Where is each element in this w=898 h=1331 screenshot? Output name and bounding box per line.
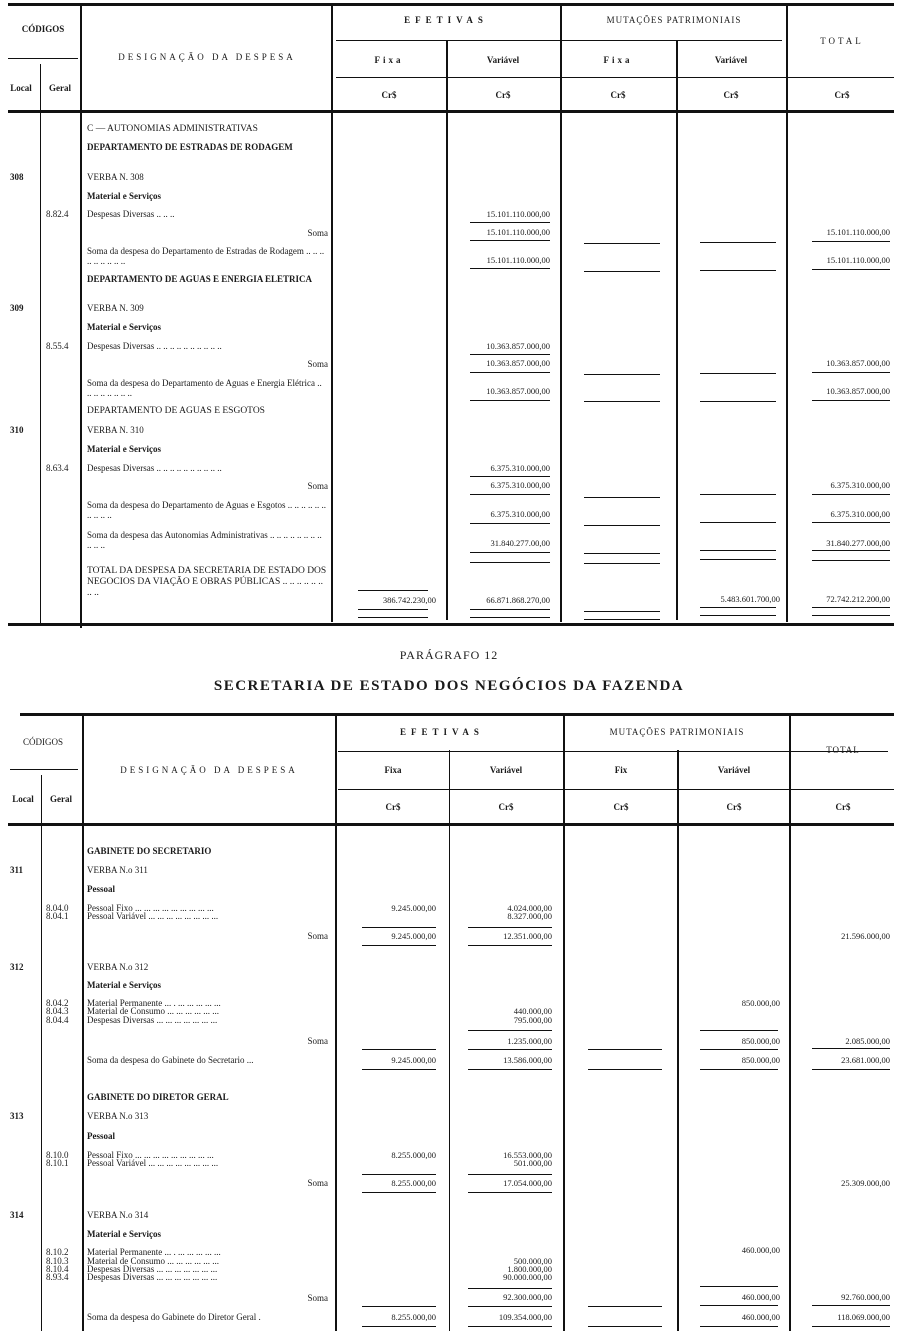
geral-code: 8.10.1 <box>46 1158 69 1168</box>
verba-label: VERBA N. 308 <box>87 172 327 182</box>
mut-var-value: 460.000,00 <box>676 1245 780 1255</box>
ef-var-value: 13.586.000,00 <box>452 1055 552 1065</box>
underline <box>700 1030 778 1031</box>
verba-label: VERBA N.o 311 <box>87 865 327 875</box>
ef-var-value: 109.354.000,00 <box>452 1312 552 1322</box>
divider <box>336 40 782 41</box>
department-heading: DEPARTAMENTO DE ESTRADAS DE RODAGEM <box>87 142 327 152</box>
soma-label: Soma <box>268 228 328 238</box>
underline <box>470 222 550 223</box>
underline <box>362 1069 436 1070</box>
header-mutacoes: MUTAÇÕES PATRIMONIAIS <box>564 15 784 25</box>
underline <box>470 240 550 241</box>
underline <box>584 401 660 402</box>
divider <box>449 750 450 1331</box>
underline <box>468 1288 552 1289</box>
mut-var-value: 850.000,00 <box>676 998 780 1008</box>
category-label: Material e Serviços <box>87 1229 327 1239</box>
underline <box>812 269 890 270</box>
local-code: 310 <box>10 425 24 435</box>
underline <box>362 1174 436 1175</box>
header-currency: Cr$ <box>566 802 676 812</box>
header-mut-fixa: Fixa <box>562 55 674 65</box>
grand-total-desc: TOTAL DA DESPESA DA SECRETARIA DE ESTADO… <box>87 566 327 599</box>
underline <box>468 1174 552 1175</box>
ef-fixa-value: 8.255.000,00 <box>336 1312 436 1322</box>
local-code: 314 <box>10 1210 24 1220</box>
underline <box>470 354 550 355</box>
underline <box>584 563 660 564</box>
ef-var-value: 15.101.110.000,00 <box>450 209 550 219</box>
verba-label: VERBA N. 310 <box>87 425 327 435</box>
divider <box>10 769 78 770</box>
ef-var-value: 15.101.110.000,00 <box>450 255 550 265</box>
soma-label: Soma <box>268 1178 328 1188</box>
underline <box>584 374 660 375</box>
divider <box>41 775 42 1331</box>
local-code: 308 <box>10 172 24 182</box>
ef-var-value: 92.300.000,00 <box>452 1292 552 1302</box>
item-desc: Despesas Diversas .. .. .. <box>87 209 327 219</box>
underline <box>700 242 776 243</box>
header-total: TOTAL <box>792 745 894 755</box>
header-ef-fixa: Fixa <box>334 55 444 65</box>
ef-var-value: 6.375.310.000,00 <box>450 509 550 519</box>
header-codigos: CÓDIGOS <box>10 24 76 34</box>
subtotal-desc: Soma da despesa do Departamento de Aguas… <box>87 500 327 520</box>
underline <box>588 1049 662 1050</box>
ef-fixa-value: 386.742.230,00 <box>336 595 436 605</box>
soma-label: Soma <box>268 1293 328 1303</box>
ef-fixa-value: 8.255.000,00 <box>336 1150 436 1160</box>
underline <box>584 619 660 620</box>
subtotal-desc: Soma da despesa das Autonomias Administr… <box>87 530 327 550</box>
underline <box>812 1069 890 1070</box>
header-efetivas: EFETIVAS <box>336 15 556 25</box>
header-mut-variavel: Variável <box>680 765 788 775</box>
department-heading: DEPARTAMENTO DE AGUAS E ESGOTOS <box>87 406 327 416</box>
total-value: 118.069.000,00 <box>790 1312 890 1322</box>
underline <box>470 372 550 373</box>
total-value: 23.681.000,00 <box>790 1055 890 1065</box>
underline <box>468 1326 552 1327</box>
verba-label: VERBA N. 309 <box>87 303 327 313</box>
ef-var-value: 15.101.110.000,00 <box>450 227 550 237</box>
divider <box>676 40 678 620</box>
ef-var-value: 10.363.857.000,00 <box>450 386 550 396</box>
underline <box>812 1326 890 1327</box>
category-label: Material e Serviços <box>87 980 327 990</box>
mut-var-value: 460.000,00 <box>676 1292 780 1302</box>
ef-var-value: 10.363.857.000,00 <box>450 358 550 368</box>
divider <box>786 6 788 622</box>
header-mut-variavel: Variável <box>678 55 784 65</box>
header-currency: Cr$ <box>678 90 784 100</box>
geral-code: 8.93.4 <box>46 1272 69 1282</box>
total-value: 21.596.000,00 <box>790 931 890 941</box>
total-value: 15.101.110.000,00 <box>790 227 890 237</box>
verba-label: VERBA N.o 312 <box>87 962 327 972</box>
underline <box>362 1192 436 1193</box>
underline <box>358 590 428 591</box>
underline <box>700 1286 778 1287</box>
underline <box>468 927 552 928</box>
total-value: 6.375.310.000,00 <box>790 480 890 490</box>
header-designacao: DESIGNAÇÃO DA DESPESA <box>86 765 332 775</box>
divider <box>82 716 84 1331</box>
header-ef-variavel: Variável <box>448 55 558 65</box>
ef-fixa-value: 9.245.000,00 <box>336 1055 436 1065</box>
underline <box>470 476 550 477</box>
underline <box>470 617 550 618</box>
underline <box>584 525 660 526</box>
mut-var-value: 850.000,00 <box>676 1055 780 1065</box>
verba-label: VERBA N.o 314 <box>87 1210 327 1220</box>
underline <box>470 562 550 563</box>
underline <box>812 615 890 616</box>
ef-var-value: 1.235.000,00 <box>452 1036 552 1046</box>
total-value: 92.760.000,00 <box>790 1292 890 1302</box>
item-desc: Pessoal Variável ... ... ... ... ... ...… <box>87 1158 327 1168</box>
divider <box>80 6 82 628</box>
underline <box>700 373 776 374</box>
ef-var-value: 90.000.000,00 <box>452 1272 552 1282</box>
header-currency: Cr$ <box>562 90 674 100</box>
subtotal-desc: Soma da despesa do Departamento de Estra… <box>87 246 327 266</box>
header-bottom-border <box>8 823 894 826</box>
category-label: Material e Serviços <box>87 322 327 332</box>
soma-label: Soma <box>268 359 328 369</box>
underline <box>812 372 890 373</box>
underline <box>358 609 428 610</box>
category-label: Material e Serviços <box>87 444 327 454</box>
total-value: 72.742.212.200,00 <box>790 594 890 604</box>
ef-var-value: 6.375.310.000,00 <box>450 480 550 490</box>
geral-code: 8.55.4 <box>46 341 69 351</box>
category-label: Material e Serviços <box>87 191 327 201</box>
header-ef-fixa: Fixa <box>338 765 448 775</box>
underline <box>468 1192 552 1193</box>
header-designacao: DESIGNAÇÃO DA DESPESA <box>84 52 330 62</box>
soma-label: Soma <box>268 1036 328 1046</box>
divider <box>40 64 41 624</box>
underline <box>812 550 890 551</box>
divider <box>8 58 78 59</box>
section-title: SECRETARIA DE ESTADO DOS NEGÓCIOS DA FAZ… <box>0 678 898 695</box>
divider <box>563 716 565 1331</box>
divider <box>446 40 448 620</box>
header-currency: Cr$ <box>792 802 894 812</box>
total-value: 2.085.000,00 <box>790 1036 890 1046</box>
underline <box>362 927 436 928</box>
geral-code: 8.04.1 <box>46 911 69 921</box>
mut-var-value: 460.000,00 <box>676 1312 780 1322</box>
underline <box>362 1326 436 1327</box>
underline <box>700 1069 778 1070</box>
underline <box>700 1326 778 1327</box>
divider <box>335 716 337 1331</box>
ef-var-value: 17.054.000,00 <box>452 1178 552 1188</box>
underline <box>470 523 550 524</box>
divider <box>336 77 894 78</box>
header-local: Local <box>4 83 38 93</box>
underline <box>812 494 890 495</box>
underline <box>470 552 550 553</box>
category-label: Pessoal <box>87 1131 327 1141</box>
ef-var-value: 501.000,00 <box>452 1158 552 1168</box>
total-value: 25.309.000,00 <box>790 1178 890 1188</box>
underline <box>584 243 660 244</box>
underline <box>588 1069 662 1070</box>
ef-fixa-value: 9.245.000,00 <box>336 931 436 941</box>
header-geral: Geral <box>43 794 79 804</box>
geral-code: 8.63.4 <box>46 463 69 473</box>
underline <box>470 494 550 495</box>
header-mut-fixa: Fix <box>566 765 676 775</box>
header-currency: Cr$ <box>680 802 788 812</box>
total-value: 15.101.110.000,00 <box>790 255 890 265</box>
total-value: 31.840.277.000,00 <box>790 538 890 548</box>
department-heading: GABINETE DO SECRETARIO <box>87 846 327 856</box>
underline <box>470 400 550 401</box>
underline <box>700 270 776 271</box>
underline <box>468 1069 552 1070</box>
header-codigos: CÓDIGOS <box>10 737 76 747</box>
divider <box>338 789 894 790</box>
table1-top-border <box>8 3 894 6</box>
section-heading: C — AUTONOMIAS ADMINISTRATIVAS <box>87 124 327 134</box>
underline <box>358 617 428 618</box>
underline <box>700 401 776 402</box>
underline <box>588 1326 662 1327</box>
header-currency: Cr$ <box>334 90 444 100</box>
ef-var-value: 10.363.857.000,00 <box>450 341 550 351</box>
department-heading: DEPARTAMENTO DE AGUAS E ENERGIA ELETRICA <box>87 274 327 284</box>
underline <box>362 1049 436 1050</box>
ef-var-value: 66.871.868.270,00 <box>450 595 550 605</box>
geral-code: 8.82.4 <box>46 209 69 219</box>
header-total: TOTAL <box>790 36 894 46</box>
header-efetivas: EFETIVAS <box>400 727 560 737</box>
header-ef-variavel: Variável <box>451 765 561 775</box>
underline <box>812 400 890 401</box>
item-desc: Despesas Diversas ... ... ... ... ... ..… <box>87 1272 327 1282</box>
underline <box>468 1306 552 1307</box>
ef-var-value: 12.351.000,00 <box>452 931 552 941</box>
subtotal-desc: Soma da despesa do Gabinete do Secretari… <box>87 1055 327 1065</box>
local-code: 313 <box>10 1111 24 1121</box>
ef-var-value: 31.840.277.00,00 <box>450 538 550 548</box>
underline <box>812 607 890 608</box>
underline <box>700 522 776 523</box>
underline <box>812 560 890 561</box>
underline <box>468 945 552 946</box>
item-desc: Despesas Diversas ... ... ... ... ... ..… <box>87 1015 327 1025</box>
divider <box>789 716 791 1331</box>
total-value: 6.375.310.000,00 <box>790 509 890 519</box>
mut-var-value: 5.483.601.700,00 <box>676 594 780 604</box>
header-currency: Cr$ <box>790 90 894 100</box>
header-geral: Geral <box>42 83 78 93</box>
underline <box>588 1306 662 1307</box>
category-label: Pessoal <box>87 884 327 894</box>
underline <box>700 1049 778 1050</box>
underline <box>812 522 890 523</box>
total-value: 10.363.857.000,00 <box>790 386 890 396</box>
header-currency: Cr$ <box>448 90 558 100</box>
underline <box>584 497 660 498</box>
header-local: Local <box>6 794 40 804</box>
header-currency: Cr$ <box>451 802 561 812</box>
local-code: 309 <box>10 303 24 313</box>
underline <box>362 1306 436 1307</box>
paragraph-heading: PARÁGRAFO 12 <box>0 648 898 663</box>
underline <box>700 607 776 608</box>
underline <box>468 1049 552 1050</box>
department-heading: GABINETE DO DIRETOR GERAL <box>87 1092 327 1102</box>
soma-label: Soma <box>268 931 328 941</box>
subtotal-desc: Soma da despesa do Gabinete do Diretor G… <box>87 1312 327 1322</box>
mut-var-value: 850.000,00 <box>676 1036 780 1046</box>
underline <box>700 1305 778 1306</box>
header-mutacoes: MUTAÇÕES PATRIMONIAIS <box>566 727 788 737</box>
ef-var-value: 8.327.000,00 <box>452 911 552 921</box>
underline <box>812 241 890 242</box>
underline <box>468 1030 552 1031</box>
underline <box>812 1048 890 1049</box>
ef-var-value: 6.375.310.000,00 <box>450 463 550 473</box>
underline <box>584 553 660 554</box>
underline <box>362 945 436 946</box>
item-desc: Pessoal Variável ... ... ... ... ... ...… <box>87 911 327 921</box>
item-desc: Despesas Diversas .. .. .. .. .. .. .. .… <box>87 341 327 351</box>
underline <box>700 550 776 551</box>
underline <box>700 615 776 616</box>
verba-label: VERBA N.o 313 <box>87 1111 327 1121</box>
underline <box>584 611 660 612</box>
total-value: 10.363.857.000,00 <box>790 358 890 368</box>
soma-label: Soma <box>268 481 328 491</box>
table2-top-border <box>20 713 894 716</box>
ef-fixa-value: 9.245.000,00 <box>336 903 436 913</box>
header-currency: Cr$ <box>338 802 448 812</box>
divider <box>331 6 333 622</box>
header-bottom-border <box>8 110 894 113</box>
underline <box>584 271 660 272</box>
geral-code: 8.04.4 <box>46 1015 69 1025</box>
item-desc: Despesas Diversas .. .. .. .. .. .. .. .… <box>87 463 327 473</box>
table1-bottom-border <box>8 623 894 626</box>
ef-var-value: 795.000,00 <box>452 1015 552 1025</box>
underline <box>700 494 776 495</box>
underline <box>470 268 550 269</box>
ef-fixa-value: 8.255.000,00 <box>336 1178 436 1188</box>
subtotal-desc: Soma da despesa do Departamento de Aguas… <box>87 378 327 398</box>
underline <box>700 559 776 560</box>
underline <box>470 609 550 610</box>
underline <box>812 1305 890 1306</box>
local-code: 311 <box>10 865 23 875</box>
local-code: 312 <box>10 962 24 972</box>
